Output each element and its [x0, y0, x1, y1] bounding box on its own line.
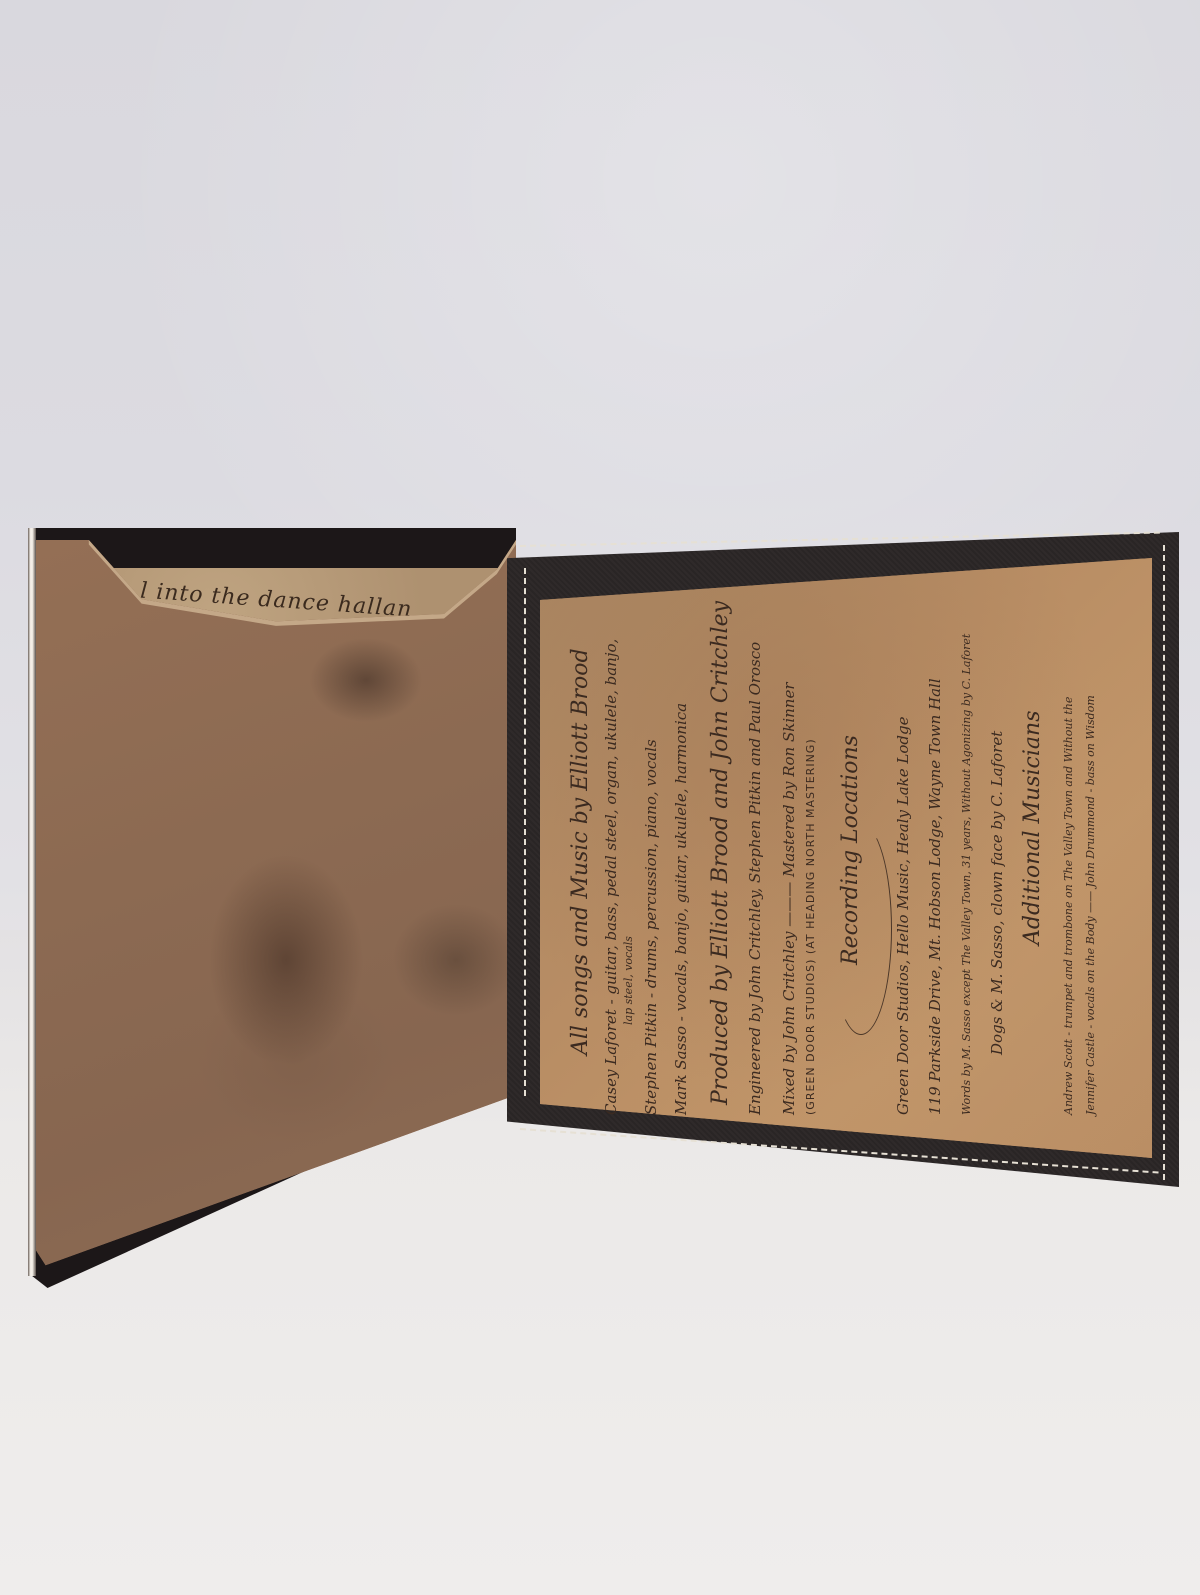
sleeve-left-edge: [28, 528, 36, 1276]
credit-line: Andrew Scott - trumpet and trombone on T…: [1062, 697, 1075, 1115]
handwritten-credits: All songs and Music by Elliott Brood Cas…: [568, 555, 1108, 1115]
credit-line: Stephen Pitkin - drums, percussion, pian…: [642, 739, 660, 1115]
credit-line: (GREEN DOOR STUDIOS) (AT HEADING NORTH M…: [804, 738, 817, 1115]
credit-line: Jennifer Castle - vocals on the Body —— …: [1084, 695, 1097, 1115]
credit-line: All songs and Music by Elliott Brood: [568, 648, 593, 1055]
credit-line: Green Door Studios, Hello Music, Healy L…: [894, 717, 912, 1115]
credit-line: Mixed by John Critchley ——— Mastered by …: [780, 682, 798, 1115]
credit-line: Casey Laforet - guitar, bass, pedal stee…: [602, 639, 620, 1115]
stitching-right: [1163, 545, 1165, 1180]
credit-line: Recording Locations: [838, 735, 863, 965]
credit-line: 119 Parkside Drive, Mt. Hobson Lodge, Wa…: [926, 678, 944, 1115]
stitching-left: [524, 568, 526, 1096]
credit-line: Dogs & M. Sasso, clown face by C. Lafore…: [988, 731, 1006, 1055]
credit-line: Mark Sasso - vocals, banjo, guitar, ukul…: [672, 703, 690, 1115]
credit-line: Additional Musicians: [1020, 711, 1045, 945]
credit-line: Produced by Elliott Brood and John Critc…: [708, 601, 733, 1105]
credit-line: lap steel, vocals: [622, 936, 635, 1025]
credit-line: Engineered by John Critchley, Stephen Pi…: [746, 642, 764, 1115]
credit-line: Words by M. Sasso except The Valley Town…: [960, 634, 973, 1115]
